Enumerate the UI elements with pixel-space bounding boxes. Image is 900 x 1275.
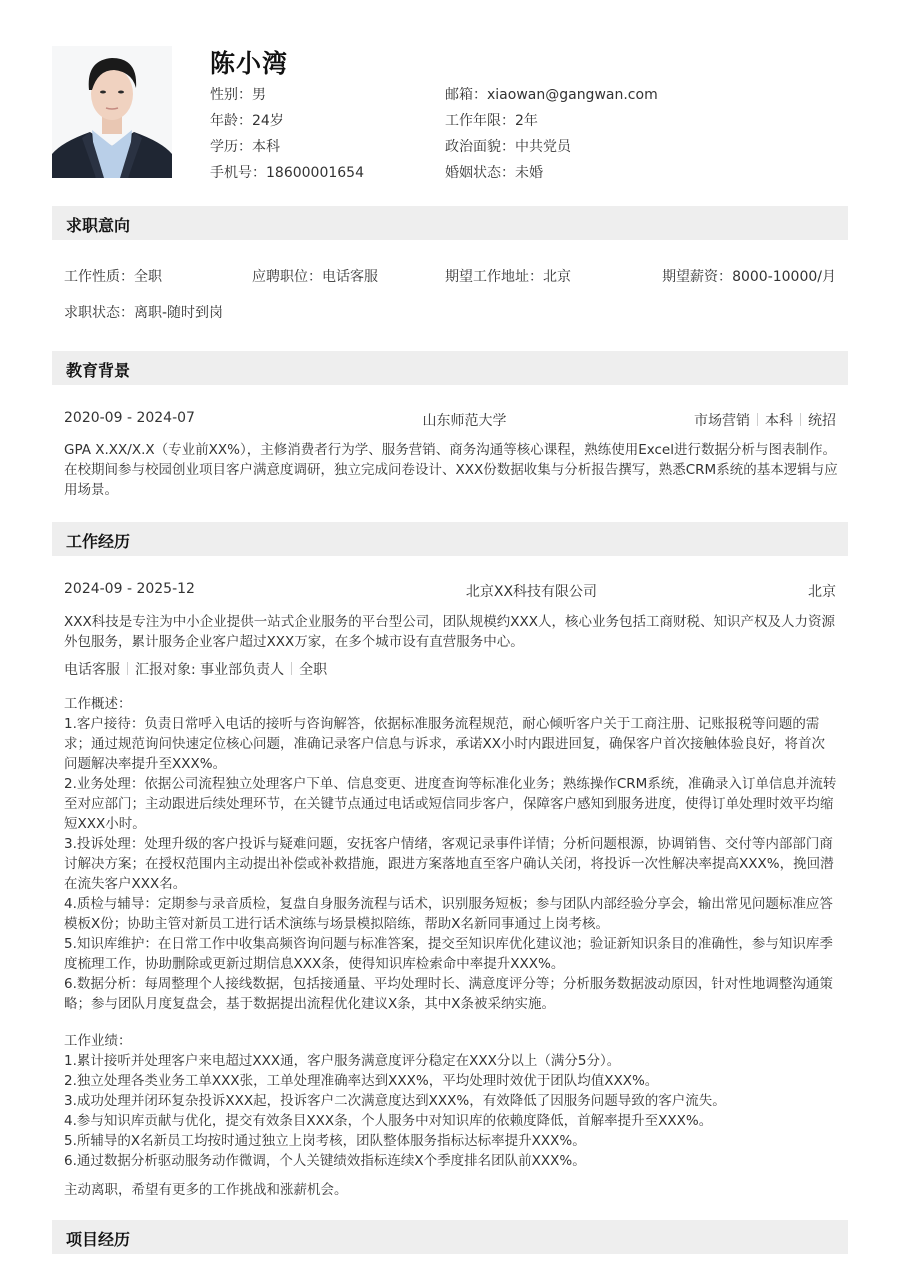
work-company: 北京XX科技有限公司 — [466, 581, 597, 601]
overview-item: 5.知识库维护：在日常工作中收集高频咨询问题与标准答案，提交至知识库优化建议池；… — [64, 934, 838, 974]
section-header-job-intent: 求职意向 — [52, 206, 848, 240]
info-age: 年龄：24岁 — [210, 110, 284, 130]
candidate-name: 陈小湾 — [210, 44, 288, 80]
work-overview: 工作概述： 1.客户接待：负责日常呼入电话的接听与咨询解答，依据标准服务流程规范… — [64, 694, 838, 1014]
intent-work-type: 工作性质：全职 — [64, 266, 162, 286]
work-location: 北京 — [808, 581, 836, 601]
intent-status: 求职状态：离职-随时到岗 — [64, 302, 223, 322]
work-row: 2024-09 - 2025-12 北京XX科技有限公司 北京 — [64, 581, 836, 601]
education-row: 2020-09 - 2024-07 山东师范大学 市场营销本科统招 — [64, 410, 836, 430]
education-school: 山东师范大学 — [422, 410, 506, 430]
achievement-item: 6.通过数据分析驱动服务动作微调，个人关键绩效指标连续X个季度排名团队前XXX%… — [64, 1151, 838, 1171]
overview-title: 工作概述： — [64, 694, 838, 714]
divider — [291, 662, 292, 675]
info-work-years: 工作年限：2年 — [445, 110, 538, 130]
section-header-education: 教育背景 — [52, 351, 848, 385]
overview-item: 1.客户接待：负责日常呼入电话的接听与咨询解答，依据标准服务流程规范，耐心倾听客… — [64, 714, 838, 774]
overview-item: 4.质检与辅导：定期参与录音质检，复盘自身服务流程与话术，识别服务短板；参与团队… — [64, 894, 838, 934]
overview-item: 3.投诉处理：处理升级的客户投诉与疑难问题，安抚客户情绪，客观记录事件详情；分析… — [64, 834, 838, 894]
company-intro: XXX科技是专注为中小企业提供一站式企业服务的平台型公司，团队规模约XXX人，核… — [64, 612, 838, 652]
achievement-item: 1.累计接听并处理客户来电超过XXX通，客户服务满意度评分稳定在XXX分以上（满… — [64, 1051, 838, 1071]
info-gender: 性别：男 — [210, 84, 266, 104]
portrait-photo-icon — [52, 46, 172, 178]
divider — [127, 662, 128, 675]
info-marital-status: 婚姻状态：未婚 — [445, 162, 543, 182]
intent-salary: 期望薪资：8000-10000/月 — [662, 266, 836, 286]
profile-header: 陈小湾 性别：男 年龄：24岁 学历：本科 手机号：18600001654 邮箱… — [52, 44, 848, 184]
leave-reason: 主动离职，希望有更多的工作挑战和涨薪机会。 — [64, 1180, 838, 1200]
info-email: 邮箱：xiaowan@gangwan.com — [445, 84, 658, 104]
achievement-item: 3.成功处理并闭环复杂投诉XXX起，投诉客户二次满意度达到XXX%，有效降低了因… — [64, 1091, 838, 1111]
education-description: GPA X.XX/X.X（专业前XX%），主修消费者行为学、服务营销、商务沟通等… — [64, 440, 838, 500]
work-period: 2024-09 - 2025-12 — [64, 581, 195, 601]
education-tags: 市场营销本科统招 — [694, 410, 836, 430]
info-political-status: 政治面貌：中共党员 — [445, 136, 571, 156]
achievement-item: 4.参与知识库贡献与优化，提交有效条目XXX条，个人服务中对知识库的依赖度降低，… — [64, 1111, 838, 1131]
overview-item: 6.数据分析：每周整理个人接线数据，包括接通量、平均处理时长、满意度评分等；分析… — [64, 974, 838, 1014]
intent-location: 期望工作地址：北京 — [445, 266, 571, 286]
achievement-item: 5.所辅导的X名新员工均按时通过独立上岗考核，团队整体服务指标达标率提升XXX%… — [64, 1131, 838, 1151]
intent-position: 应聘职位：电话客服 — [252, 266, 378, 286]
education-period: 2020-09 - 2024-07 — [64, 410, 195, 430]
section-header-work: 工作经历 — [52, 522, 848, 556]
achievement-item: 2.独立处理各类业务工单XXX张，工单处理准确率达到XXX%，平均处理时效优于团… — [64, 1071, 838, 1091]
work-tags: 电话客服汇报对象: 事业部负责人全职 — [64, 659, 327, 679]
divider — [800, 413, 801, 426]
work-achievements: 工作业绩： 1.累计接听并处理客户来电超过XXX通，客户服务满意度评分稳定在XX… — [64, 1031, 838, 1171]
section-header-projects: 项目经历 — [52, 1220, 848, 1254]
achievements-title: 工作业绩： — [64, 1031, 838, 1051]
info-education: 学历：本科 — [210, 136, 280, 156]
overview-item: 2.业务处理：依据公司流程独立处理客户下单、信息变更、进度查询等标准化业务；熟练… — [64, 774, 838, 834]
divider — [757, 413, 758, 426]
info-phone: 手机号：18600001654 — [210, 162, 364, 182]
